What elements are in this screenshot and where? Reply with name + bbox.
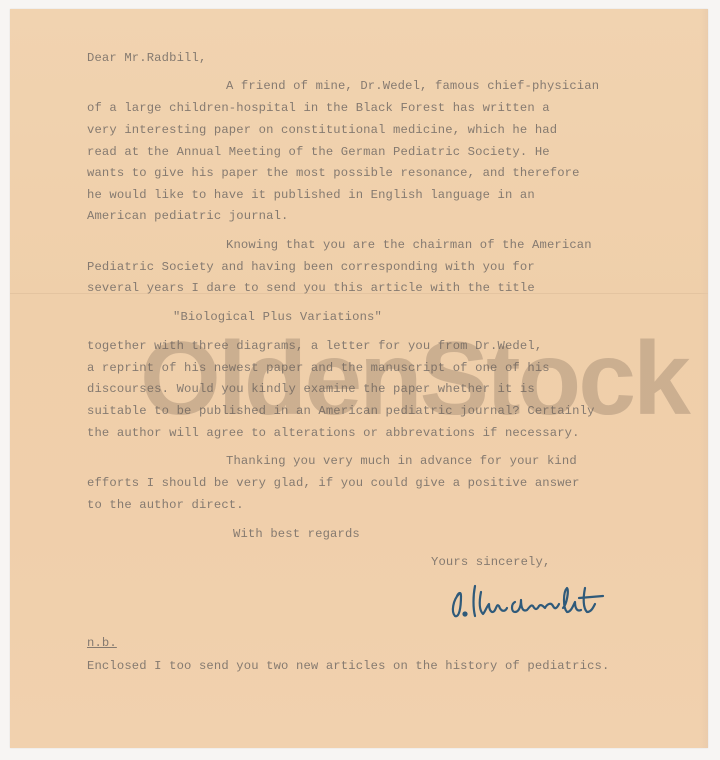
closing: Yours sincerely, (431, 555, 550, 569)
regards: With best regards (233, 527, 360, 541)
watermark: OldenStock (140, 327, 688, 431)
paragraph1-line3: very interesting paper on constitutional… (87, 123, 557, 137)
letter-page: Dear Mr.Radbill, A friend of mine, Dr.We… (10, 9, 708, 748)
paragraph1-line5: wants to give his paper the most possibl… (87, 166, 580, 180)
paragraph1-line2: of a large children-hospital in the Blac… (87, 101, 550, 115)
salutation: Dear Mr.Radbill, (87, 51, 206, 65)
paragraph1-line6: he would like to have it published in En… (87, 188, 535, 202)
paragraph4-line1: Thanking you very much in advance for yo… (226, 454, 577, 468)
paragraph1-line1: A friend of mine, Dr.Wedel, famous chief… (226, 79, 599, 93)
paragraph1-line4: read at the Annual Meeting of the German… (87, 145, 550, 159)
paragraph4-line2: efforts I should be very glad, if you co… (87, 476, 580, 490)
signature-handwritten (445, 582, 630, 622)
nb-text: Enclosed I too send you two new articles… (87, 659, 609, 673)
paragraph4-line3: to the author direct. (87, 498, 244, 512)
paragraph2-line1: Knowing that you are the chairman of the… (226, 238, 592, 252)
paragraph2-line2: Pediatric Society and having been corres… (87, 260, 535, 274)
nb-label: n.b. (87, 636, 117, 650)
paragraph1-line7: American pediatric journal. (87, 209, 289, 223)
paragraph2-line3: several years I dare to send you this ar… (87, 281, 535, 295)
